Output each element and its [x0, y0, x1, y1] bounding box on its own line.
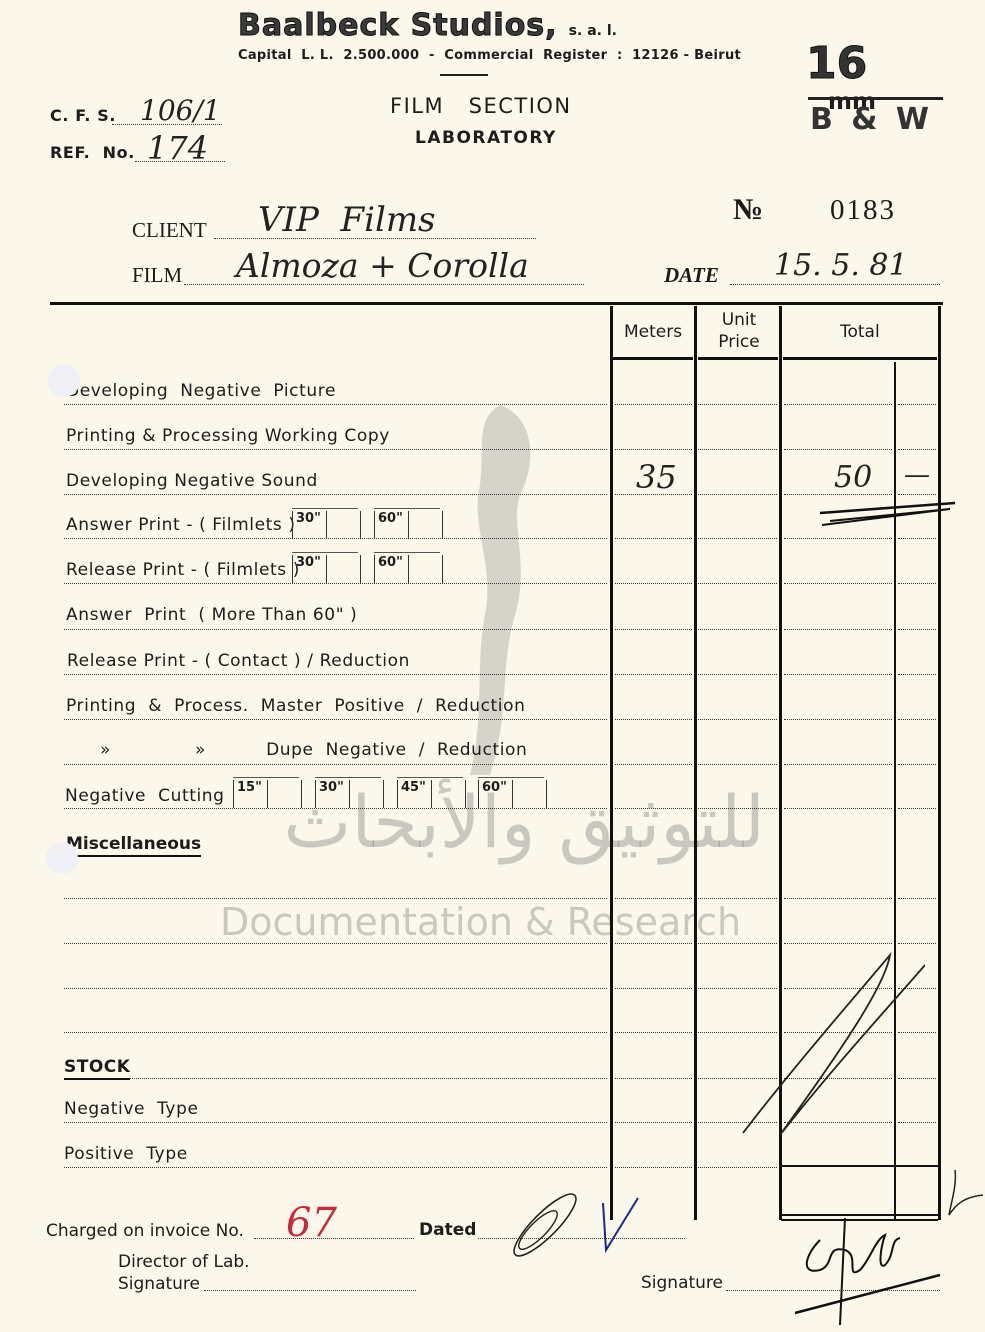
- client-value: VIP Films: [258, 200, 436, 240]
- option-checkbox[interactable]: [267, 780, 302, 808]
- release-print-option-60[interactable]: 60": [374, 552, 440, 583]
- row-dotted-line: [698, 719, 777, 720]
- row-dotted-line: [64, 1032, 607, 1033]
- row-dotted-line: [698, 494, 777, 495]
- row-dotted-line: [784, 404, 892, 405]
- negative-cutting-option-45[interactable]: 45": [397, 777, 463, 808]
- option-checkbox[interactable]: [326, 555, 361, 583]
- row-label-answer-print-filmlets: Answer Print - ( Filmlets ): [66, 515, 296, 535]
- row-dotted-line: [64, 898, 607, 899]
- row-dotted-line: [898, 808, 936, 809]
- row-dotted-line: [784, 898, 892, 899]
- col-header-unit-price: Unit Price: [700, 309, 778, 353]
- paperclip-mark: [500, 1180, 590, 1270]
- film-label: FILM: [132, 263, 182, 288]
- total-box-rule-1: [781, 1165, 938, 1167]
- format-type: B & W: [810, 102, 933, 137]
- row-dotted-line: [64, 404, 607, 405]
- total-underline-strokes: [810, 495, 960, 535]
- row-dotted-line: [615, 1032, 692, 1033]
- meters-developing-negative-sound[interactable]: 35: [636, 458, 677, 496]
- option-checkbox[interactable]: [349, 780, 384, 808]
- film-field[interactable]: Almoza + Corolla: [184, 266, 584, 285]
- signature-label: Signature: [641, 1273, 723, 1293]
- row-dotted-line: [615, 583, 692, 584]
- row-dotted-line: [898, 674, 936, 675]
- row-dotted-line: [64, 988, 607, 989]
- miscellaneous-heading: Miscellaneous: [66, 834, 201, 857]
- director-signature-label: Signature: [118, 1274, 200, 1294]
- laboratory-title: LABORATORY: [415, 128, 557, 148]
- header-rule-meters: [613, 357, 693, 360]
- row-label-master-positive: Printing & Process. Master Positive / Re…: [66, 696, 526, 716]
- row-dotted-line: [615, 898, 692, 899]
- row-dotted-line: [898, 538, 936, 539]
- row-dotted-line: [64, 719, 607, 720]
- row-dotted-line: [64, 808, 607, 809]
- row-dotted-line: [64, 1167, 607, 1168]
- row-dotted-line: [64, 764, 607, 765]
- option-checkbox[interactable]: [512, 780, 547, 808]
- row-dotted-line: [615, 808, 692, 809]
- cfs-value: 106/1: [140, 94, 221, 127]
- col-header-total: Total: [840, 322, 880, 342]
- row-dotted-line: [615, 449, 692, 450]
- row-dotted-line: [898, 404, 936, 405]
- row-dotted-line: [698, 1167, 777, 1168]
- company-header: Baalbeck Studios, s. a. l.: [238, 8, 738, 43]
- row-dotted-line: [898, 898, 936, 899]
- row-dotted-line: [698, 583, 777, 584]
- order-number-label: №: [733, 193, 763, 227]
- invoice-field[interactable]: 67: [254, 1222, 414, 1239]
- col-divider-meters: [694, 306, 697, 1220]
- negative-cutting-option-60[interactable]: 60": [478, 777, 544, 808]
- date-label: DATE: [664, 263, 719, 288]
- client-label: CLIENT: [132, 218, 207, 243]
- row-dotted-line: [615, 629, 692, 630]
- header-rule-unit: [698, 357, 778, 360]
- row-label-answer-print-more-than-60: Answer Print ( More Than 60" ): [66, 605, 357, 625]
- total-developing-negative-sound[interactable]: 50: [834, 460, 872, 495]
- row-dotted-line: [64, 674, 607, 675]
- col-header-meters: Meters: [624, 322, 682, 342]
- pen-scribble-cancel: [735, 945, 925, 1140]
- row-dotted-line: [898, 629, 936, 630]
- option-checkbox[interactable]: [326, 511, 361, 539]
- row-dotted-line: [615, 764, 692, 765]
- option-label: 45": [397, 780, 433, 808]
- stock-negative-type: Negative Type: [64, 1099, 199, 1119]
- row-dotted-line: [64, 583, 607, 584]
- punch-hole-bottom: [46, 842, 78, 874]
- blue-checkmark: [598, 1195, 643, 1255]
- col-header-price: Price: [700, 331, 778, 353]
- row-dotted-line: [784, 449, 892, 450]
- date-value: 15. 5. 81: [774, 248, 908, 283]
- option-label: 30": [292, 555, 328, 583]
- format-size: 16: [806, 38, 867, 89]
- row-dotted-line: [615, 1122, 692, 1123]
- row-label-release-print-filmlets: Release Print - ( Filmlets ): [66, 560, 300, 580]
- invoice-label: Charged on invoice No.: [46, 1221, 244, 1241]
- option-checkbox[interactable]: [431, 780, 466, 808]
- option-label: 15": [233, 780, 269, 808]
- director-signature-field[interactable]: [204, 1276, 416, 1291]
- cfs-field[interactable]: 106/1: [112, 106, 222, 125]
- date-field[interactable]: 15. 5. 81: [730, 266, 940, 285]
- cfs-label: C. F. S.: [50, 106, 116, 125]
- row-dotted-line: [698, 538, 777, 539]
- row-dotted-line: [698, 629, 777, 630]
- col-divider-left: [610, 306, 613, 1220]
- row-dotted-line: [64, 1078, 607, 1079]
- handwritten-signature: [790, 1210, 950, 1330]
- row-dotted-line: [784, 629, 892, 630]
- row-dotted-line: [64, 629, 607, 630]
- header-rule-total: [783, 357, 937, 360]
- row-dotted-line: [615, 719, 692, 720]
- row-dotted-line: [698, 764, 777, 765]
- row-dotted-line: [784, 674, 892, 675]
- option-label: 60": [374, 511, 410, 539]
- stock-heading: STOCK: [64, 1057, 130, 1080]
- watermark-english: Documentation & Research: [220, 900, 741, 944]
- company-suffix: s. a. l.: [569, 23, 617, 39]
- row-dotted-line: [698, 674, 777, 675]
- row-dotted-line: [784, 764, 892, 765]
- row-dotted-line: [898, 943, 936, 944]
- option-label: 60": [478, 780, 514, 808]
- director-label: Director of Lab.: [118, 1252, 250, 1272]
- row-dotted-line: [698, 449, 777, 450]
- answer-print-option-30[interactable]: 30": [292, 508, 358, 539]
- client-field[interactable]: VIP Films: [214, 220, 536, 239]
- option-checkbox[interactable]: [408, 511, 443, 539]
- punch-hole-top: [48, 365, 80, 397]
- row-dotted-line: [64, 494, 607, 495]
- table-top-rule: [50, 302, 943, 305]
- option-label: 60": [374, 555, 410, 583]
- row-dotted-line: [784, 719, 892, 720]
- answer-print-option-60[interactable]: 60": [374, 508, 440, 539]
- dated-label: Dated: [419, 1220, 476, 1240]
- row-label-dupe-negative: » » Dupe Negative / Reduction: [100, 740, 527, 760]
- row-dotted-line: [698, 404, 777, 405]
- x-mark: [945, 1165, 985, 1220]
- row-dotted-line: [615, 538, 692, 539]
- row-label-developing-negative-sound: Developing Negative Sound: [66, 471, 318, 491]
- watermark-figure: [440, 395, 560, 785]
- row-dotted-line: [698, 898, 777, 899]
- row-dotted-line: [898, 449, 936, 450]
- company-name: Baalbeck Studios,: [238, 8, 558, 43]
- negative-cutting-option-15[interactable]: 15": [233, 777, 299, 808]
- film-value: Almoza + Corolla: [236, 246, 529, 285]
- release-print-option-30[interactable]: 30": [292, 552, 358, 583]
- row-dotted-line: [64, 1122, 607, 1123]
- row-dotted-line: [898, 764, 936, 765]
- row-dotted-line: [698, 943, 777, 944]
- row-dotted-line: [64, 449, 607, 450]
- col-divider-right: [938, 306, 941, 1220]
- row-dotted-line: [698, 808, 777, 809]
- option-checkbox[interactable]: [408, 555, 443, 583]
- row-dotted-line: [784, 808, 892, 809]
- row-dotted-line: [615, 1167, 692, 1168]
- row-dotted-line: [784, 538, 892, 539]
- film-section-title: FILM SECTION: [390, 94, 572, 118]
- option-label: 30": [315, 780, 351, 808]
- col-header-unit: Unit: [700, 309, 778, 331]
- row-dotted-line: [615, 404, 692, 405]
- total-sub-developing-negative-sound[interactable]: —: [904, 460, 930, 490]
- row-dotted-line: [784, 583, 892, 584]
- row-dotted-line: [64, 943, 607, 944]
- ref-value: 174: [147, 129, 208, 167]
- format-rule: [808, 97, 943, 100]
- row-dotted-line: [615, 674, 692, 675]
- row-dotted-line: [615, 988, 692, 989]
- row-dotted-line: [898, 583, 936, 584]
- row-dotted-line: [898, 719, 936, 720]
- company-subtitle: Capital L. L. 2.500.000 - Commercial Reg…: [238, 48, 741, 63]
- row-label-developing-negative-picture: Developing Negative Picture: [66, 381, 336, 401]
- order-number: 0183: [830, 194, 896, 227]
- ref-label: REF. No.: [50, 143, 135, 162]
- row-label-printing-working-copy: Printing & Processing Working Copy: [66, 426, 390, 446]
- stock-positive-type: Positive Type: [64, 1144, 188, 1164]
- ref-field[interactable]: 174: [135, 143, 225, 162]
- option-label: 30": [292, 511, 328, 539]
- invoice-value: 67: [286, 1200, 337, 1246]
- row-label-negative-cutting: Negative Cutting: [65, 786, 225, 806]
- row-label-release-print-contact: Release Print - ( Contact ) / Reduction: [67, 651, 410, 671]
- row-dotted-line: [784, 943, 892, 944]
- row-dotted-line: [615, 943, 692, 944]
- header-rule: [440, 74, 488, 76]
- row-dotted-line: [615, 1078, 692, 1079]
- negative-cutting-option-30[interactable]: 30": [315, 777, 381, 808]
